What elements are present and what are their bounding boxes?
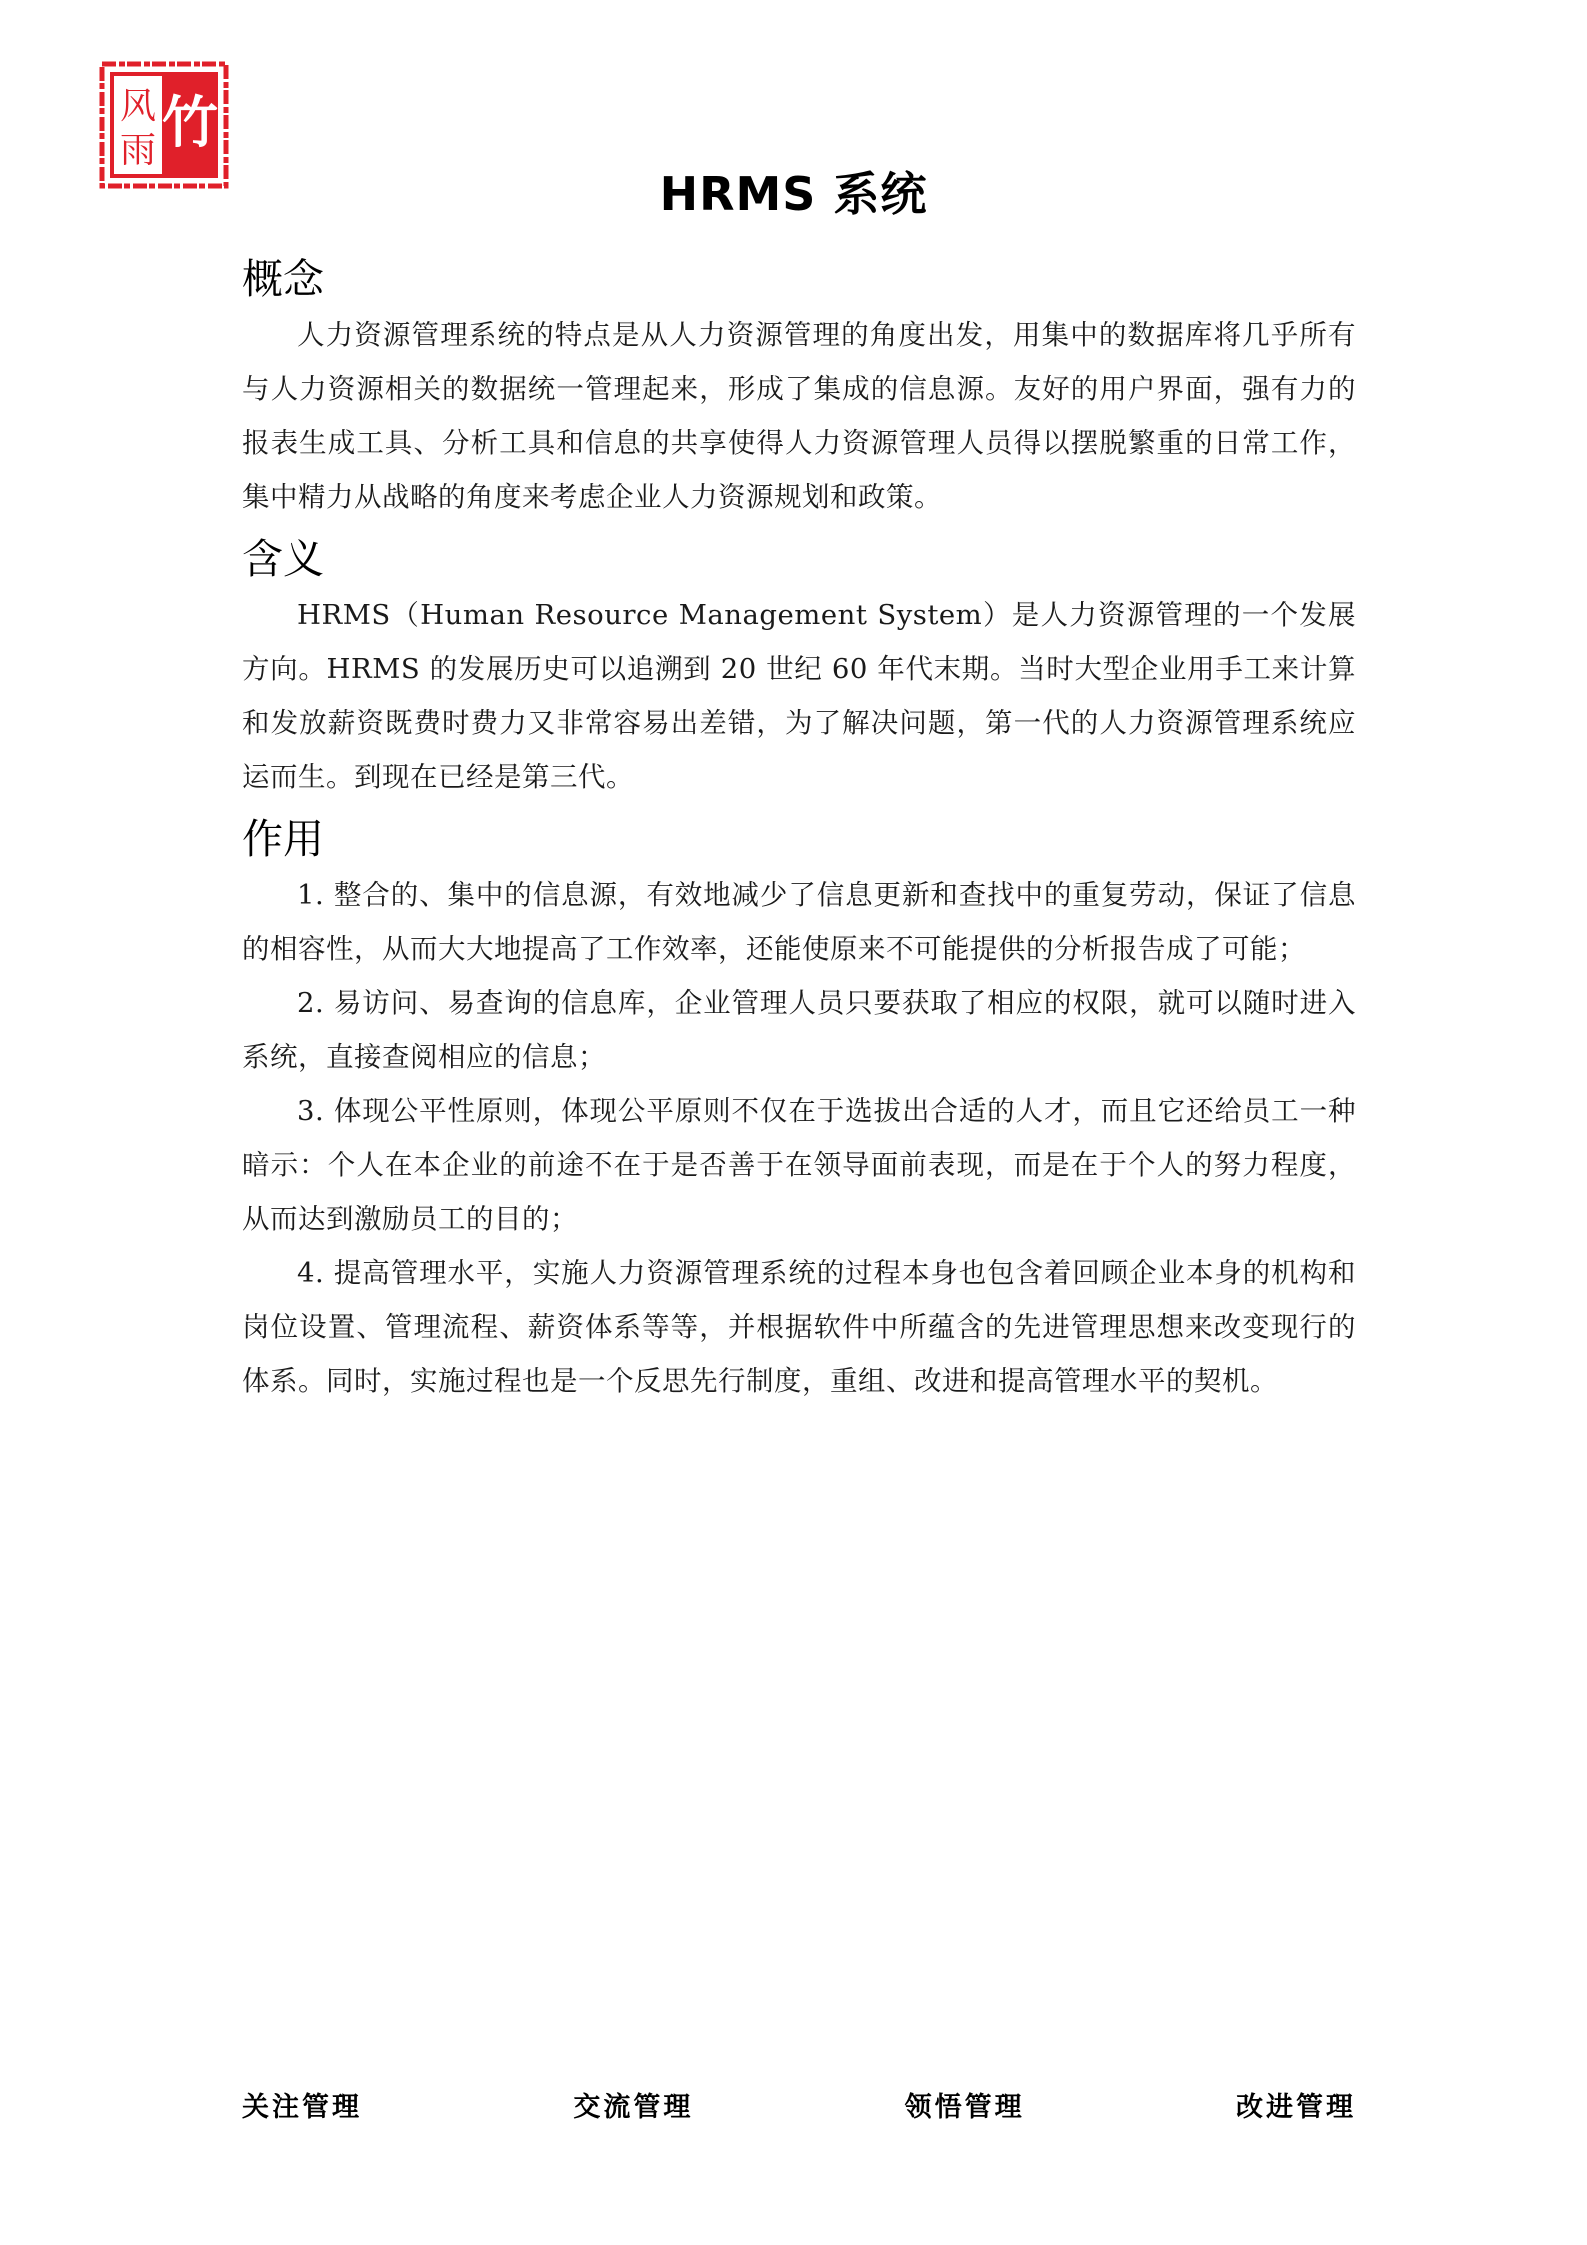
page-title: HRMS 系统 <box>0 158 1587 224</box>
footer-slogan: 交流管理 <box>573 2085 693 2124</box>
list-item: 2. 易访问、易查询的信息库，企业管理人员只要获取了相应的权限，就可以随时进入系… <box>242 976 1356 1084</box>
footer-slogan: 领悟管理 <box>905 2085 1025 2124</box>
paragraph: HRMS（Human Resource Management System）是人… <box>242 588 1356 804</box>
section-function: 作用 1. 整合的、集中的信息源，有效地减少了信息更新和查找中的重复劳动，保证了… <box>242 810 1356 1408</box>
list-item: 4. 提高管理水平，实施人力资源管理系统的过程本身也包含着回顾企业本身的机构和岗… <box>242 1246 1356 1408</box>
section-concept: 概念 人力资源管理系统的特点是从人力资源管理的角度出发，用集中的数据库将几乎所有… <box>242 250 1356 524</box>
document-body: 概念 人力资源管理系统的特点是从人力资源管理的角度出发，用集中的数据库将几乎所有… <box>242 250 1356 1408</box>
section-heading: 概念 <box>242 250 1356 308</box>
logo-char-zhu: 竹 <box>162 90 218 156</box>
paragraph: 人力资源管理系统的特点是从人力资源管理的角度出发，用集中的数据库将几乎所有与人力… <box>242 308 1356 524</box>
footer-slogans: 关注管理 交流管理 领悟管理 改进管理 <box>242 2085 1356 2124</box>
logo-char-feng: 风 <box>120 86 156 127</box>
section-heading: 含义 <box>242 530 1356 588</box>
section-heading: 作用 <box>242 810 1356 868</box>
footer-slogan: 关注管理 <box>242 2085 362 2124</box>
list-item: 3. 体现公平性原则，体现公平原则不仅在于选拔出合适的人才，而且它还给员工一种暗… <box>242 1084 1356 1246</box>
list-item: 1. 整合的、集中的信息源，有效地减少了信息更新和查找中的重复劳动，保证了信息的… <box>242 868 1356 976</box>
section-meaning: 含义 HRMS（Human Resource Management System… <box>242 530 1356 804</box>
footer-slogan: 改进管理 <box>1236 2085 1356 2124</box>
